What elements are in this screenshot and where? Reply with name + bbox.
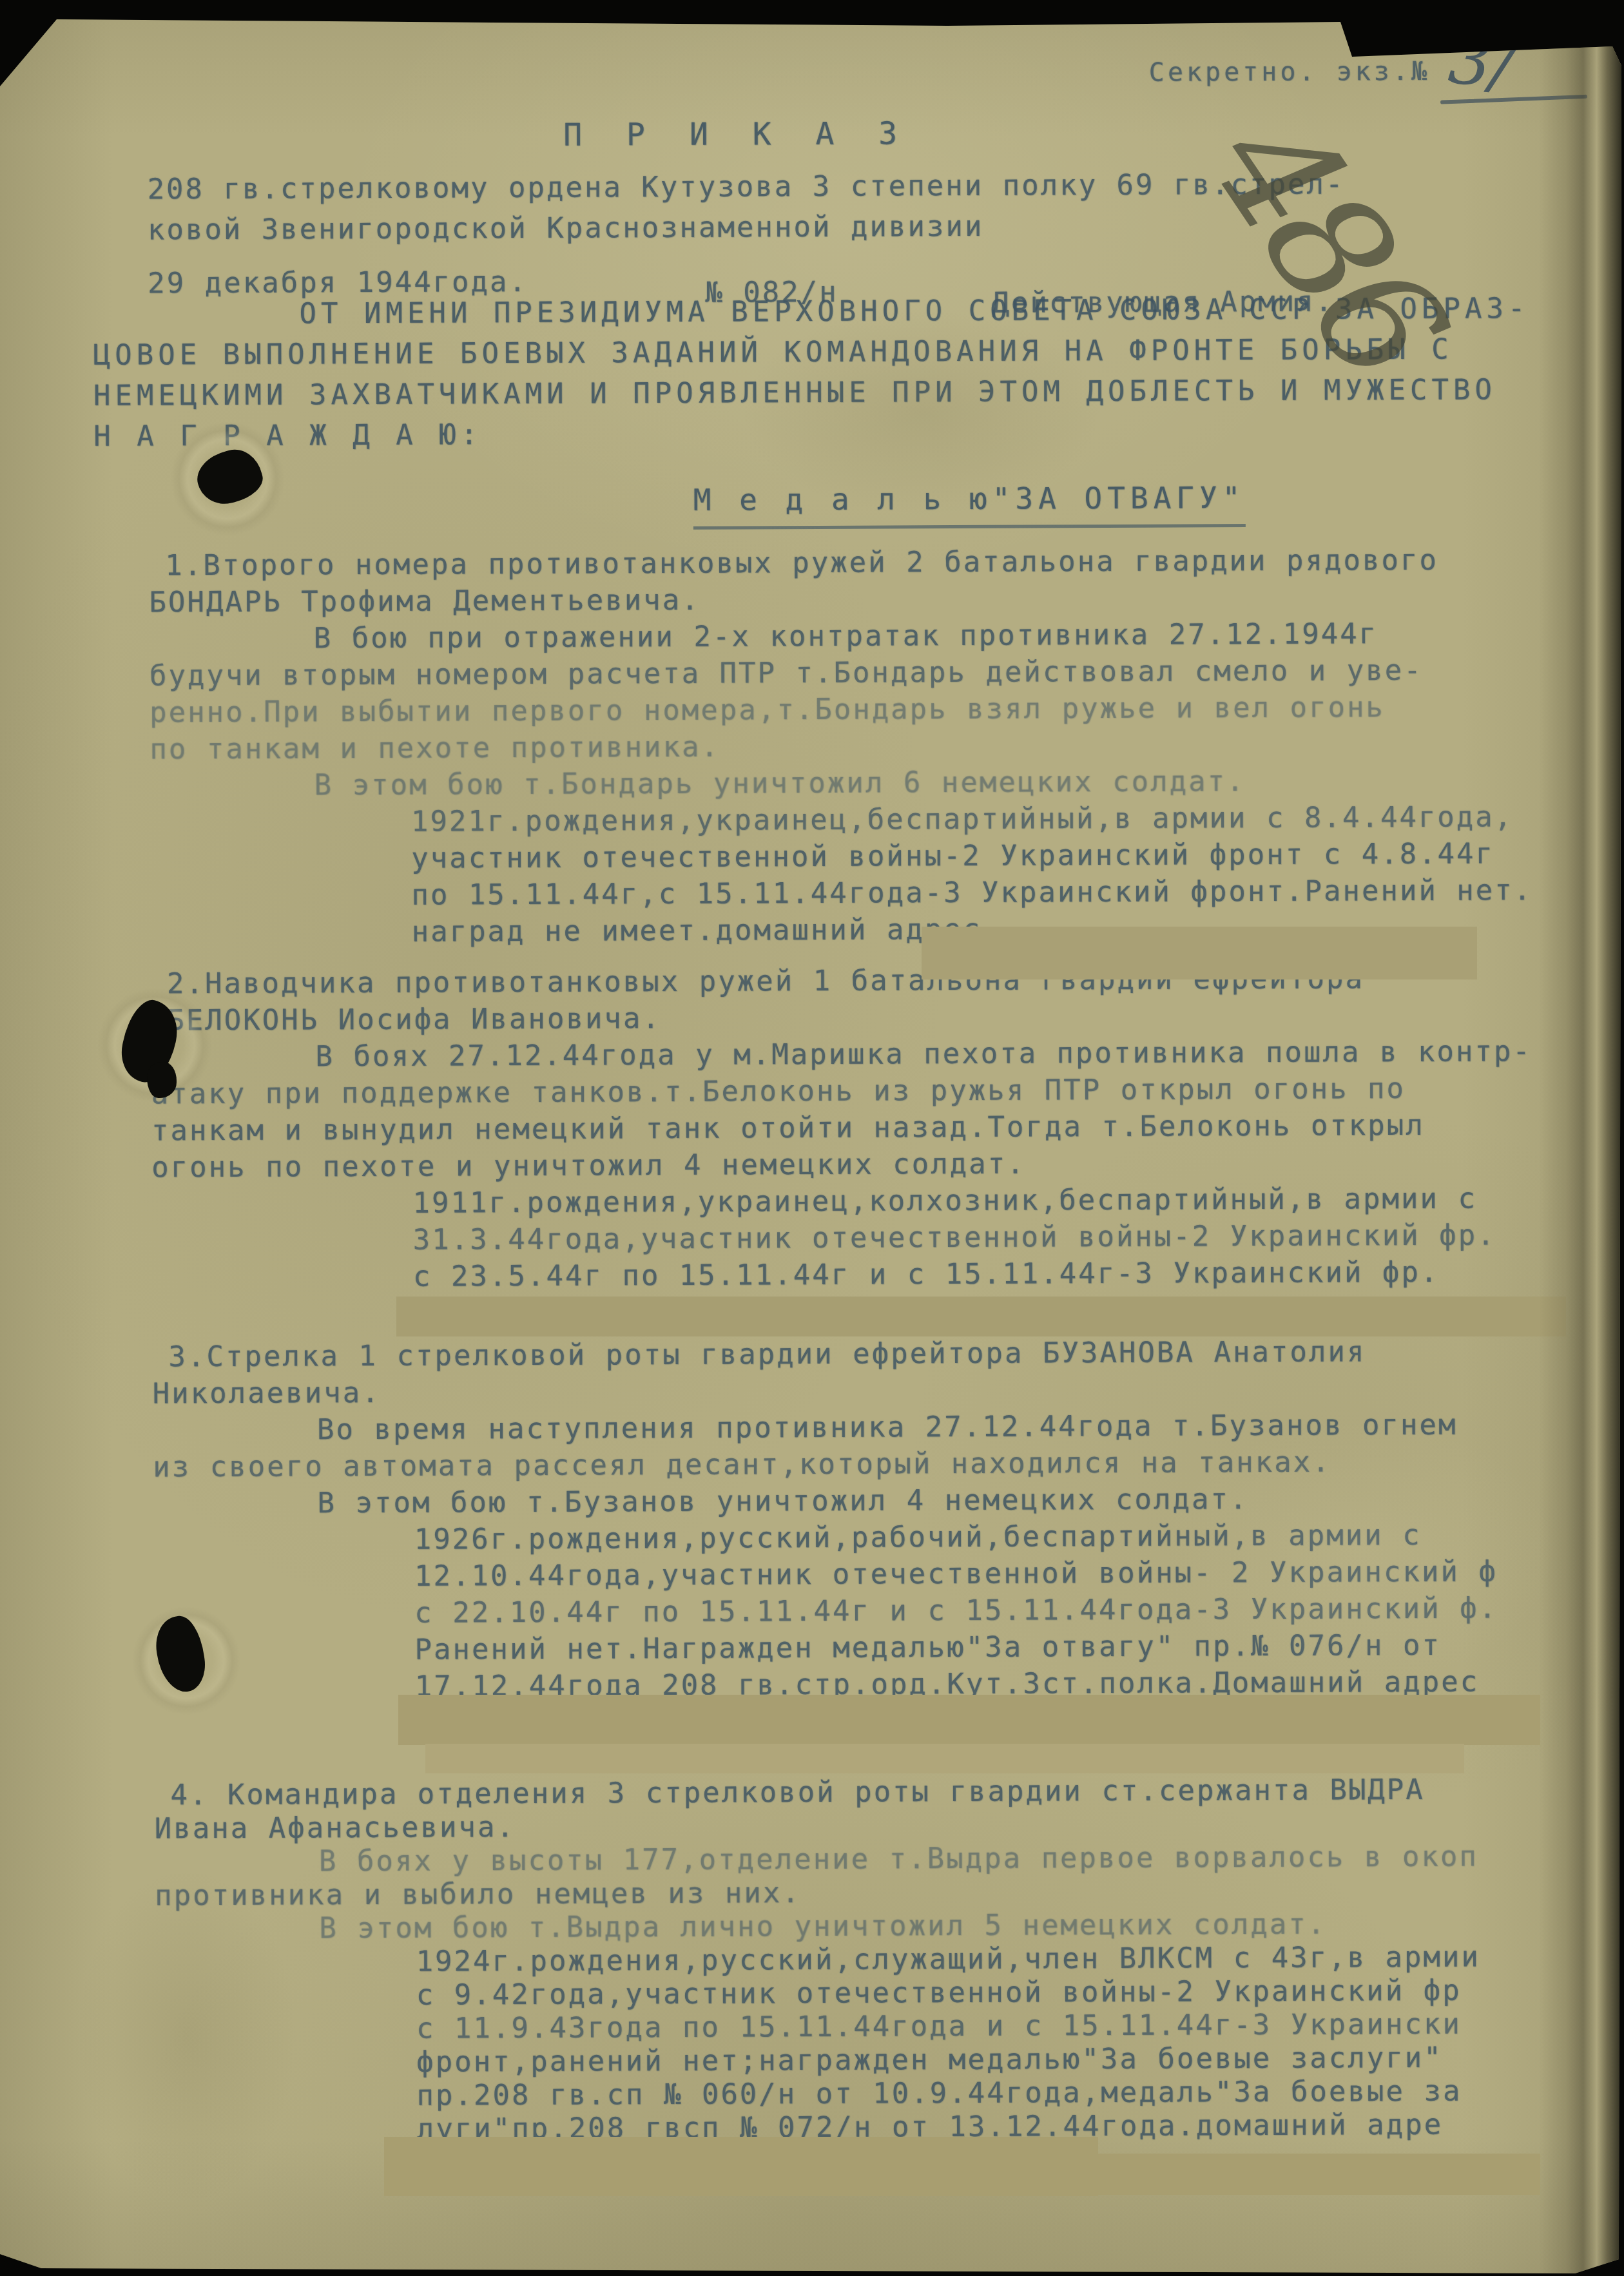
text-line: В боях 27.12.44года у м.Маришка пехота п… (315, 1035, 1591, 1077)
redaction-block-entry1-address (922, 927, 1477, 979)
text-line: с 11.9.43года по 15.11.44года и с 15.11.… (416, 2007, 1596, 2046)
document-page: Секретно. экз.№ 3/ П Р И К А З 208 гв.ст… (0, 0, 1624, 2276)
text-line: фронт,ранений нет;награжден медалью"За б… (416, 2041, 1596, 2079)
text-line: 12.10.44года,участник отечественной войн… (414, 1555, 1594, 1597)
text-line: 1.Второго номера противотанковых ружей 2… (165, 543, 1589, 586)
text-line: по 15.11.44г,с 15.11.44года-3 Украинский… (411, 874, 1590, 916)
text-line: ренно.При выбытии первого номера,т.Бонда… (150, 690, 1590, 733)
redaction-block-entry4-address (384, 2137, 1098, 2196)
text-line: огонь по пехоте и уничтожил 4 немецких с… (151, 1145, 1592, 1188)
classification-label: Секретно. экз.№ (1149, 57, 1430, 88)
award-entry-4-vydra: 4. Командира отделения 3 стрелковой роты… (154, 1773, 1596, 2148)
redaction-block-entry4-address-2 (1097, 2154, 1540, 2195)
text-line: 1921г.рождения,украинец,беспартийный,в а… (411, 800, 1590, 842)
award-entry-1-bondar: 1.Второго номера противотанковых ружей 2… (149, 543, 1591, 954)
text-line: В боях у высоты 177,отделение т.Выдра пе… (319, 1840, 1595, 1879)
text-line: с 9.42года,участник отечественной войны-… (416, 1974, 1596, 2012)
text-line: 3.Стрелка 1 стрелковой роты гвардии ефре… (168, 1335, 1592, 1378)
text-line: участник отечественной войны-2 Украински… (411, 837, 1590, 879)
text-line: В бою при отражении 2-х контратак против… (313, 617, 1589, 659)
text-line: В этом бою т.Бондарь уничтожил 6 немецки… (314, 764, 1590, 806)
text-line: 1911г.рождения,украинец,колхозник,беспар… (412, 1182, 1592, 1224)
text-line: танкам и вынудил немецкий танк отойти на… (151, 1108, 1592, 1152)
handwritten-copy-number: 3/ (1445, 20, 1518, 105)
text-line: Ранений нет.Награжден медалью"За отвагу"… (414, 1628, 1594, 1670)
award-entry-3-buzanov: 3.Стрелка 1 стрелковой роты гвардии ефре… (152, 1335, 1594, 1708)
page-right-fold-edge (1539, 39, 1624, 2276)
text-line: 4. Командира отделения 3 стрелковой роты… (170, 1773, 1594, 1813)
text-line: Николаевича. (153, 1371, 1593, 1414)
award-entry-2-belokon: 2.Наводчика противотанковых ружей 1 бата… (151, 961, 1592, 1335)
medal-heading: М е д а л ь ю"ЗА ОТВАГУ" (693, 480, 1246, 530)
redaction-block-entry3-address-2 (425, 1744, 1464, 1773)
text-line: В этом бою т.Выдра лично уничтожил 5 нем… (319, 1907, 1595, 1946)
text-line: Н А Г Р А Ж Д А Ю: (93, 410, 1530, 457)
text-line: из своего автомата рассеял десант,которы… (153, 1445, 1593, 1488)
text-line: по танкам и пехоте противника. (150, 727, 1590, 770)
punch-hole-tear-2 (147, 1062, 177, 1098)
text-line: с 22.10.44г по 15.11.44г и с 15.11.44год… (414, 1592, 1594, 1634)
text-line: 31.3.44года,участник отечественной войны… (413, 1219, 1592, 1260)
text-line: будучи вторым номером расчета ПТР т.Бонд… (150, 653, 1590, 697)
text-line: с 23.5.44г по 15.11.44г и с 15.11.44г-3 … (413, 1255, 1592, 1297)
order-header-line-2: ковой Звенигородской Краснознаменной див… (148, 210, 984, 247)
redaction-block-entry2-address (396, 1297, 1566, 1336)
text-line: 1926г.рождения,русский,рабочий,беспартий… (414, 1518, 1594, 1560)
text-line: 1924г.рождения,русский,служащий,член ВЛК… (416, 1940, 1595, 1979)
text-line: Во время наступления противника 27.12.44… (317, 1408, 1593, 1451)
redaction-block-entry3-address (398, 1695, 1540, 1745)
text-line: атаку при поддержке танков.т.Белоконь из… (151, 1072, 1592, 1115)
text-line: БОНДАРЬ Трофима Дементьевича. (149, 580, 1589, 623)
scanned-order-photo: Секретно. экз.№ 3/ П Р И К А З 208 гв.ст… (0, 0, 1624, 2276)
order-header-line-1: 208 гв.стрелковому ордена Кутузова 3 сте… (147, 168, 1344, 206)
text-line: БЕЛОКОНЬ Иосифа Ивановича. (167, 998, 1591, 1041)
text-line: пр.208 гв.сп № 060/н от 10.9.44года,меда… (416, 2074, 1596, 2113)
text-line: В этом бою т.Бузанов уничтожил 4 немецки… (317, 1481, 1593, 1524)
